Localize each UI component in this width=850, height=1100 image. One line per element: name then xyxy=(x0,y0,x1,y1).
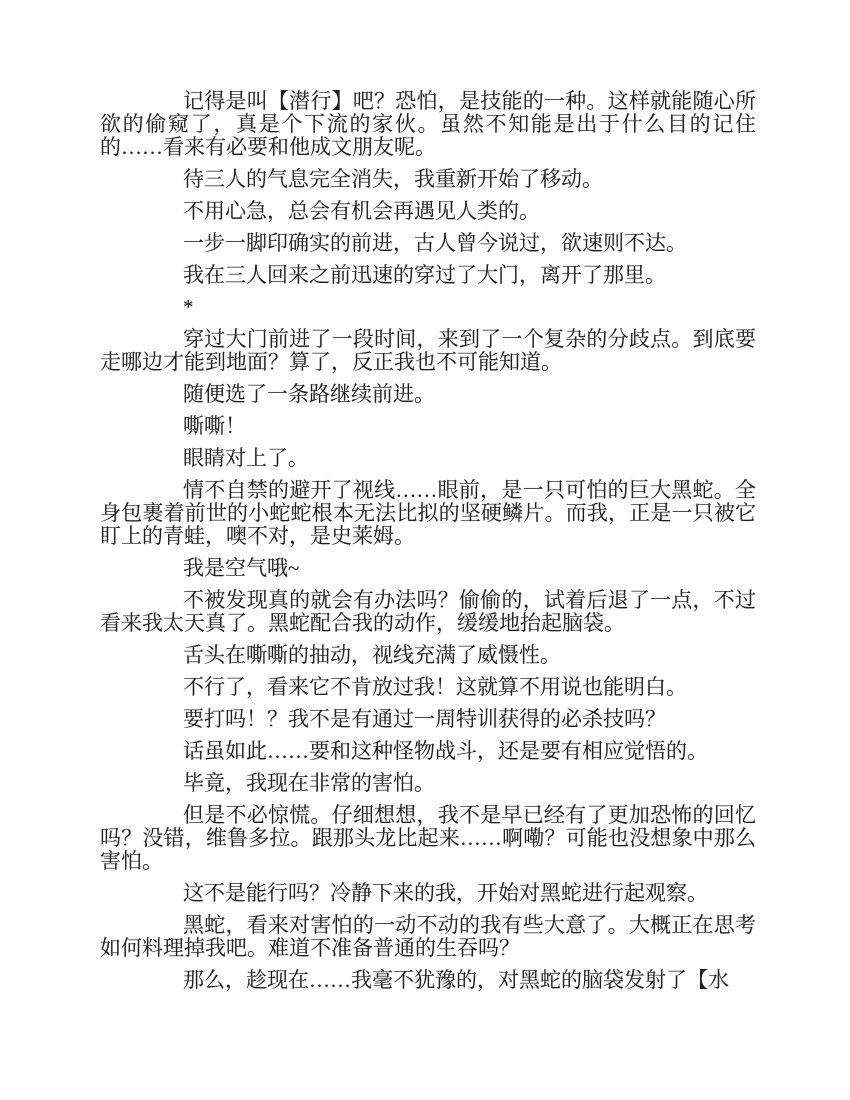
paragraph: 情不自禁的避开了视线……眼前，是一只可怕的巨大黑蛇。全身包裹着前世的小蛇蛇根本无… xyxy=(100,479,756,548)
paragraph: 随便选了一条路继续前进。 xyxy=(100,383,756,406)
paragraph: 一步一脚印确实的前进，古人曾今说过，欲速则不达。 xyxy=(100,232,756,255)
paragraph: 待三人的气息完全消失，我重新开始了移动。 xyxy=(100,168,756,191)
paragraph: 不被发现真的就会有办法吗？偷偷的，试着后退了一点，不过看来我太天真了。黑蛇配合我… xyxy=(100,589,756,635)
paragraph: 但是不必惊慌。仔细想想，我不是早已经有了更加恐怖的回忆吗？没错，维鲁多拉。跟那头… xyxy=(100,804,756,873)
paragraph: 穿过大门前进了一段时间，来到了一个复杂的分歧点。到底要走哪边才能到地面？算了，反… xyxy=(100,328,756,374)
paragraph: 舌头在嘶嘶的抽动，视线充满了威慑性。 xyxy=(100,644,756,667)
paragraph: 不用心急，总会有机会再遇见人类的。 xyxy=(100,200,756,223)
paragraph: 话虽如此……要和这种怪物战斗，还是要有相应觉悟的。 xyxy=(100,740,756,763)
paragraph: 那么，趁现在……我毫不犹豫的，对黑蛇的脑袋发射了【水 xyxy=(100,969,756,992)
paragraph: 记得是叫【潜行】吧？恐怕，是技能的一种。这样就能随心所欲的偷窥了，真是个下流的家… xyxy=(100,90,756,159)
paragraph: 黑蛇，看来对害怕的一动不动的我有些大意了。大概正在思考如何料理掉我吧。难道不准备… xyxy=(100,914,756,960)
paragraph: 不行了，看来它不肯放过我！这就算不用说也能明白。 xyxy=(100,676,756,699)
novel-text-content: 记得是叫【潜行】吧？恐怕，是技能的一种。这样就能随心所欲的偷窥了，真是个下流的家… xyxy=(100,90,756,1001)
paragraph: 我在三人回来之前迅速的穿过了大门，离开了那里。 xyxy=(100,264,756,287)
paragraph: 眼睛对上了。 xyxy=(100,447,756,470)
paragraph: 要打吗！？我不是有通过一周特训获得的必杀技吗？ xyxy=(100,708,756,731)
novel-page: 记得是叫【潜行】吧？恐怕，是技能的一种。这样就能随心所欲的偷窥了，真是个下流的家… xyxy=(0,0,850,1100)
paragraph: 嘶嘶！ xyxy=(100,415,756,438)
scene-break: * xyxy=(100,296,756,319)
paragraph: 我是空气哦~ xyxy=(100,557,756,580)
paragraph: 毕竟，我现在非常的害怕。 xyxy=(100,772,756,795)
paragraph: 这不是能行吗？冷静下来的我，开始对黑蛇进行起观察。 xyxy=(100,882,756,905)
